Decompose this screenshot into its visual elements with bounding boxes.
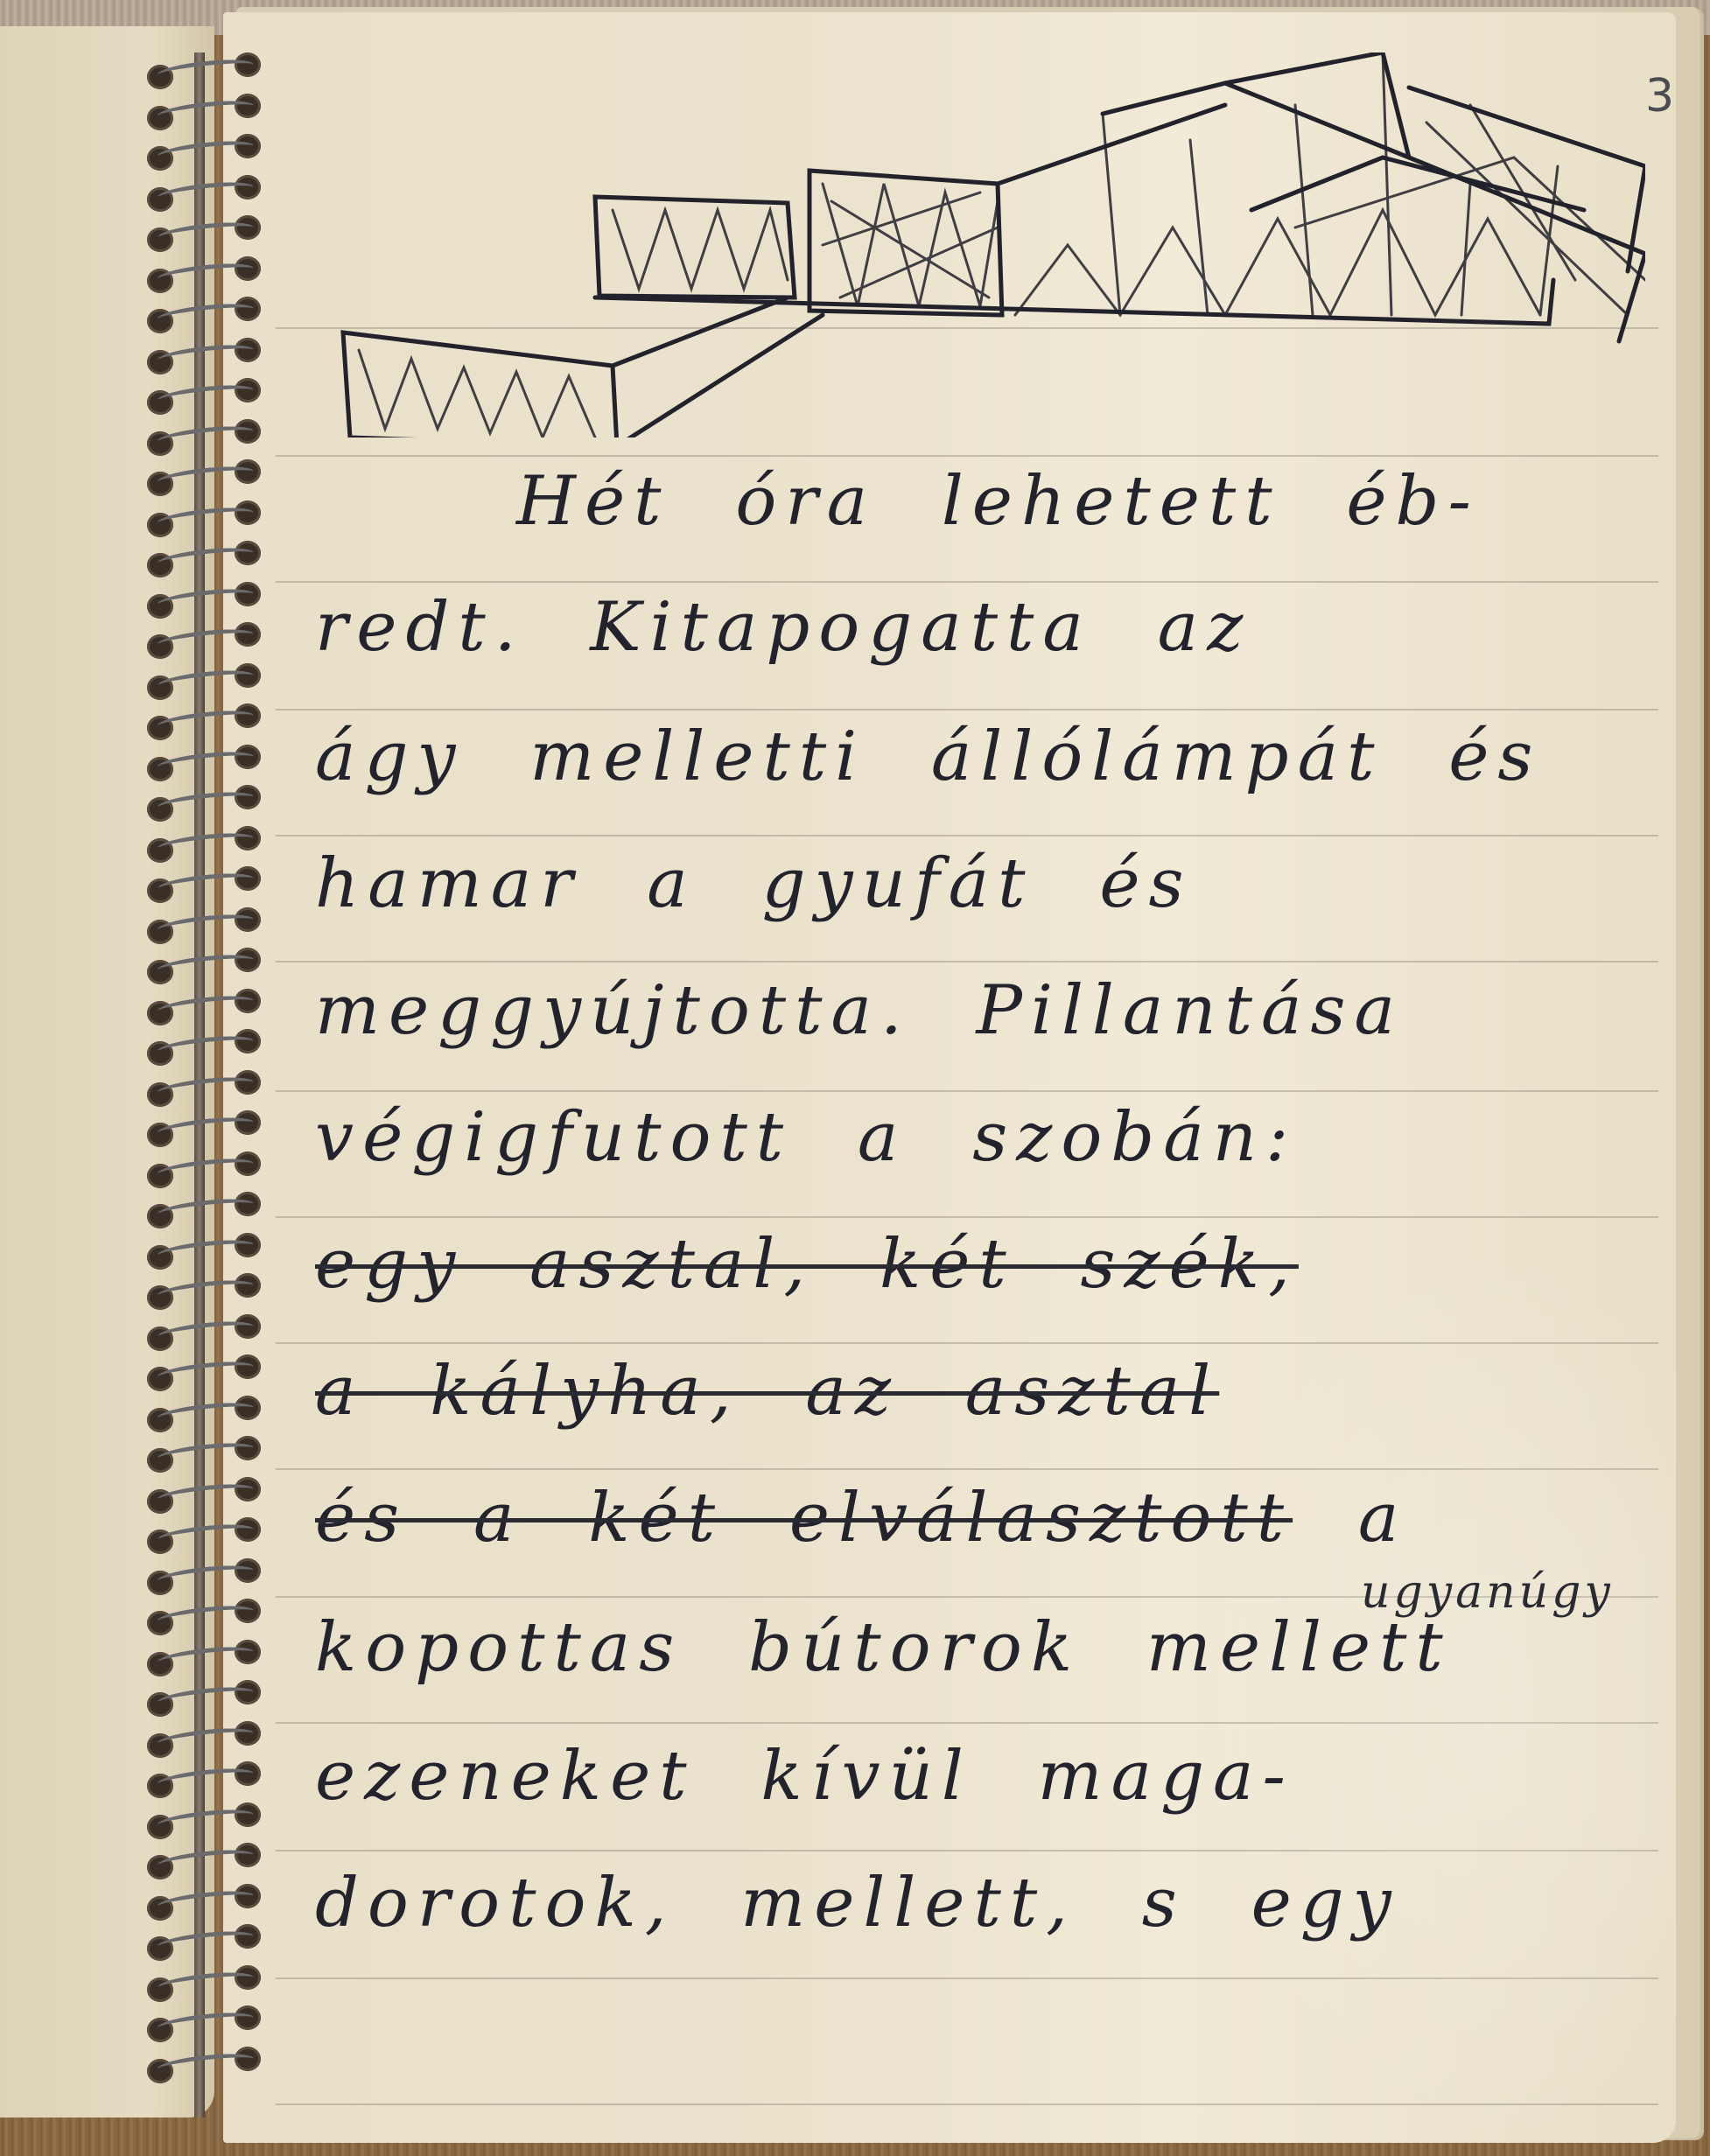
spiral-coil — [131, 826, 263, 866]
spiral-coil — [131, 663, 263, 703]
coil-wire — [157, 1928, 254, 1954]
rule-line — [276, 1342, 1658, 1344]
spiral-binding — [131, 52, 263, 2117]
spiral-coil — [131, 989, 263, 1029]
spiral-coil — [131, 1477, 263, 1517]
coil-wire — [157, 585, 254, 612]
unstruck-text: a — [1358, 1479, 1408, 1557]
rule-line — [276, 1216, 1658, 1218]
coil-wire — [157, 1318, 254, 1344]
coil-wire — [157, 992, 254, 1018]
coil-wire — [157, 707, 254, 733]
spiral-coil — [131, 785, 263, 825]
spiral-coil — [131, 622, 263, 662]
spiral-coil — [131, 256, 263, 297]
coil-wire — [157, 951, 254, 977]
spiral-coil — [131, 1273, 263, 1313]
handwritten-line-7-struck: egy asztal, két szék, — [315, 1225, 1584, 1304]
rule-line — [276, 1850, 1658, 1851]
coil-wire — [157, 300, 254, 326]
rule-line — [276, 961, 1658, 962]
spiral-coil — [131, 1314, 263, 1354]
spiral-coil — [131, 1354, 263, 1395]
coil-wire — [157, 97, 254, 123]
coil-wire — [157, 870, 254, 896]
coil-wire — [157, 56, 254, 82]
spiral-coil — [131, 866, 263, 906]
handwritten-line-3: ágy melletti állólámpát és — [315, 717, 1584, 796]
spiral-coil — [131, 1924, 263, 1964]
spiral-coil — [131, 1843, 263, 1883]
spiral-coil — [131, 1558, 263, 1599]
spiral-coil — [131, 52, 263, 93]
spiral-coil — [131, 94, 263, 134]
spiral-coil — [131, 2047, 263, 2087]
coil-wire — [157, 788, 254, 815]
rule-line — [276, 2103, 1658, 2105]
coil-wire — [157, 1074, 254, 1100]
spiral-coil — [131, 1802, 263, 1843]
spiral-coil — [131, 175, 263, 215]
rule-line — [276, 709, 1658, 710]
handwritten-line-5: meggyújtotta. Pillantása — [315, 971, 1584, 1050]
spiral-coil — [131, 1436, 263, 1476]
coil-wire — [157, 1969, 254, 1995]
coil-wire — [157, 1358, 254, 1384]
coil-wire — [157, 2009, 254, 2035]
coil-wire — [157, 463, 254, 489]
coil-wire — [157, 667, 254, 693]
handwritten-line-1: Hét óra lehetett éb- — [516, 462, 1710, 541]
coil-wire — [157, 341, 254, 367]
handwritten-line-10: kopottas bútorok mellett — [315, 1608, 1584, 1687]
handwritten-line-12: dorotok, mellett, s egy — [315, 1864, 1584, 1942]
handwritten-line-4: hamar a gyufát és — [315, 844, 1584, 923]
rule-line — [276, 835, 1658, 836]
coil-wire — [157, 1562, 254, 1588]
spiral-coil — [131, 338, 263, 378]
coil-wire — [157, 748, 254, 774]
rule-line — [276, 1468, 1658, 1470]
spiral-coil — [131, 419, 263, 459]
coil-wire — [157, 626, 254, 652]
rule-line — [276, 455, 1658, 457]
spiral-coil — [131, 948, 263, 988]
coil-wire — [157, 1602, 254, 1628]
building-sketch — [333, 52, 1645, 437]
coil-wire — [157, 260, 254, 286]
coil-wire — [157, 1765, 254, 1791]
coil-wire — [157, 423, 254, 449]
spiral-coil — [131, 459, 263, 500]
coil-wire — [157, 1683, 254, 1710]
coil-wire — [157, 2050, 254, 2076]
coil-wire — [157, 1399, 254, 1425]
spiral-coil — [131, 1884, 263, 1924]
handwritten-line-11: ezeneket kívül maga- — [315, 1737, 1584, 1816]
spiral-coil — [131, 1680, 263, 1720]
spiral-coil — [131, 907, 263, 948]
spiral-coil — [131, 1029, 263, 1069]
spiral-coil — [131, 134, 263, 174]
spiral-coil — [131, 215, 263, 255]
spiral-coil — [131, 541, 263, 581]
spiral-coil — [131, 1233, 263, 1273]
coil-wire — [157, 381, 254, 408]
handwritten-line-2: redt. Kitapogatta az — [315, 588, 1584, 667]
coil-wire — [157, 1643, 254, 1669]
coil-wire — [157, 219, 254, 245]
coil-wire — [157, 1846, 254, 1872]
spiral-coil — [131, 500, 263, 541]
coil-wire — [157, 178, 254, 205]
spiral-coil — [131, 582, 263, 622]
coil-wire — [157, 1277, 254, 1303]
spiral-coil — [131, 1192, 263, 1232]
coil-wire — [157, 1114, 254, 1140]
coil-wire — [157, 1236, 254, 1263]
spiral-coil — [131, 1151, 263, 1192]
coil-wire — [157, 1806, 254, 1832]
rule-line — [276, 1090, 1658, 1092]
coil-wire — [157, 504, 254, 530]
coil-wire — [157, 1521, 254, 1547]
rule-line — [276, 1977, 1658, 1979]
coil-wire — [157, 1155, 254, 1181]
spiral-coil — [131, 1070, 263, 1110]
spiral-coil — [131, 1110, 263, 1151]
spiral-coil — [131, 1965, 263, 2005]
spiral-coil — [131, 297, 263, 337]
coil-wire — [157, 1439, 254, 1466]
spiral-coil — [131, 1761, 263, 1802]
spiral-coil — [131, 1640, 263, 1680]
rule-line — [276, 1722, 1658, 1724]
spiral-coil — [131, 703, 263, 744]
coil-wire — [157, 911, 254, 937]
handwritten-line-6: végigfutott a szobán: — [315, 1098, 1584, 1177]
coil-wire — [157, 829, 254, 856]
handwritten-line-9: és a két elválasztott a — [315, 1479, 1584, 1557]
coil-wire — [157, 1195, 254, 1221]
spiral-coil — [131, 1721, 263, 1761]
struck-text: és a két elválasztott — [315, 1479, 1293, 1557]
spiral-coil — [131, 2005, 263, 2046]
page-number: 3 — [1645, 70, 1674, 122]
coil-wire — [157, 1725, 254, 1751]
coil-wire — [157, 1887, 254, 1914]
spiral-coil — [131, 378, 263, 418]
spiral-coil — [131, 1599, 263, 1639]
spiral-coil — [131, 745, 263, 785]
spiral-coil — [131, 1396, 263, 1436]
spiral-coil — [131, 1517, 263, 1557]
rule-line — [276, 581, 1658, 583]
coil-wire — [157, 1032, 254, 1059]
coil-wire — [157, 137, 254, 164]
coil-wire — [157, 1480, 254, 1507]
coil-wire — [157, 544, 254, 570]
handwritten-line-8-struck: a kályha, az asztal — [315, 1352, 1584, 1431]
